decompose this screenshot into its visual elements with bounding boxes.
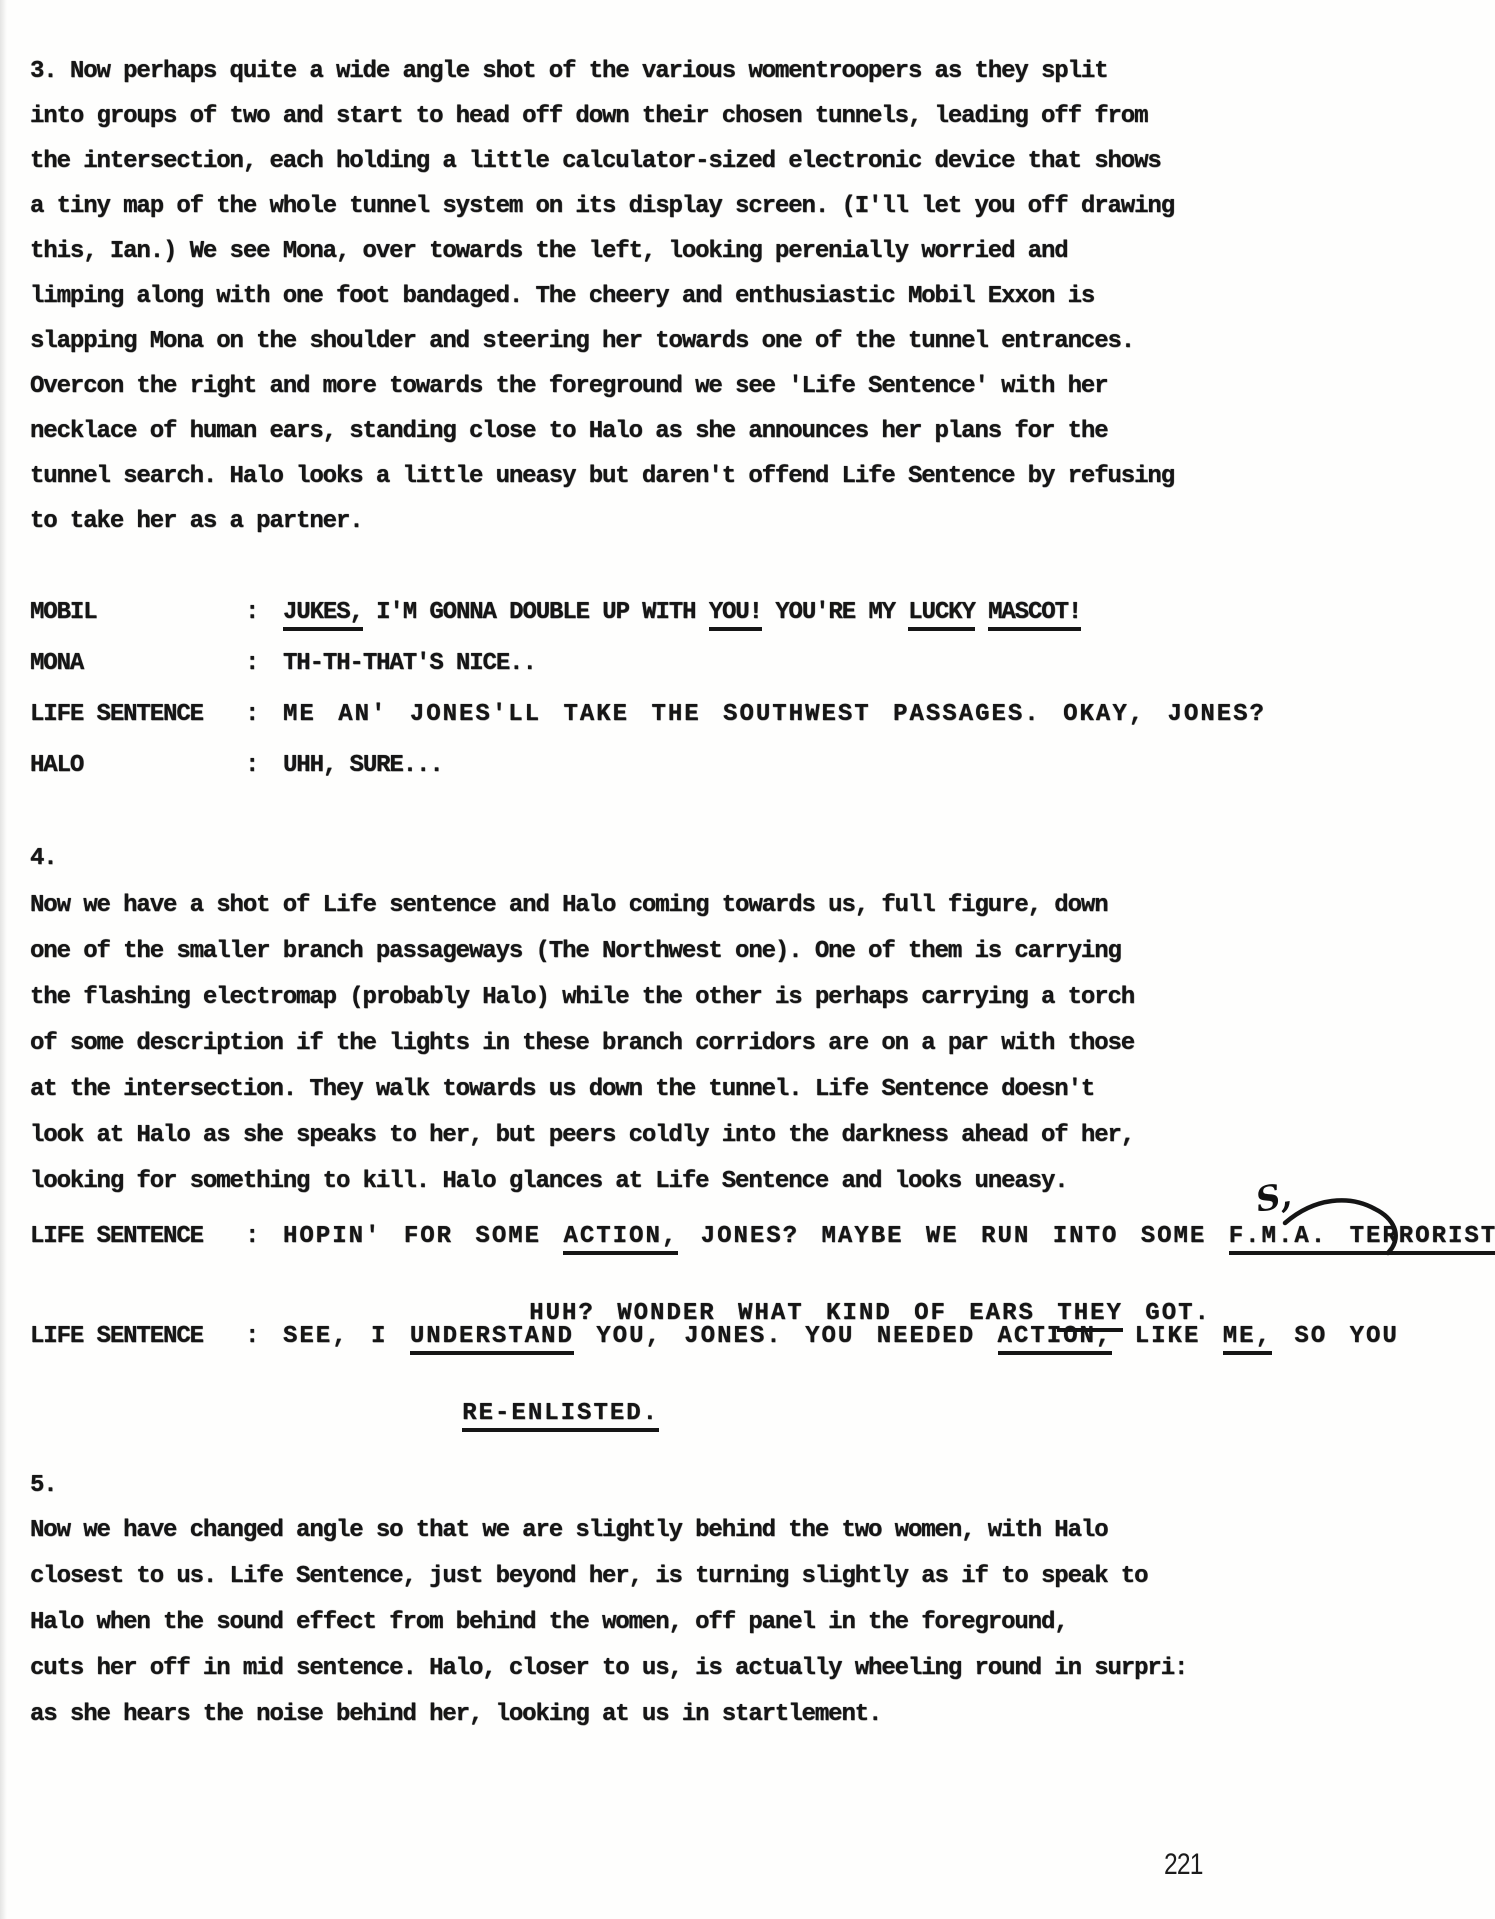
underlined-phrase: RE-ENLISTED. xyxy=(462,1400,659,1432)
section-5-paragraph: Now we have changed angle so that we are… xyxy=(30,1517,1477,1747)
handwritten-swoosh-stroke xyxy=(1280,1195,1420,1257)
underlined-phrase: MASCOT! xyxy=(988,599,1081,631)
dialogue-block-1: MOBIL:JUKES, I'M GONNA DOUBLE UP WITH YO… xyxy=(30,599,1477,803)
dialogue-text: ME AN' JONES'LL TAKE THE SOUTHWEST PASSA… xyxy=(283,701,1266,728)
paragraph-line: Now we have changed angle so that we are… xyxy=(30,1517,1477,1563)
paragraph-line: Now we have a shot of Life sentence and … xyxy=(30,892,1477,938)
dialogue-separator: : xyxy=(245,1323,283,1350)
paragraph-line: this, Ian.) We see Mona, over towards th… xyxy=(30,238,1477,283)
dialogue-continuation: HUH? WONDER WHAT KIND OF EARS THEY GOT. xyxy=(350,1273,1477,1323)
underlined-phrase: ACTION, xyxy=(998,1323,1113,1355)
underlined-phrase: JUKES, xyxy=(283,599,363,631)
paragraph-line: one of the smaller branch passageways (T… xyxy=(30,938,1477,984)
paragraph-line: the flashing electromap (probably Halo) … xyxy=(30,984,1477,1030)
dialogue-text: UHH, SURE... xyxy=(283,752,443,779)
paragraph-line: slapping Mona on the shoulder and steeri… xyxy=(30,328,1477,373)
typed-content: 3. Now perhaps quite a wide angle shot o… xyxy=(30,58,1477,1747)
dialogue-row: LIFE SENTENCE:HOPIN' FOR SOME ACTION, JO… xyxy=(30,1223,1477,1273)
dialogue-row: LIFE SENTENCE:ME AN' JONES'LL TAKE THE S… xyxy=(30,701,1477,752)
dialogue-separator: : xyxy=(245,701,283,728)
paragraph-line: at the intersection. They walk towards u… xyxy=(30,1076,1477,1122)
paragraph-line: tunnel search. Halo looks a little uneas… xyxy=(30,463,1477,508)
dialogue-row: MONA:TH-TH-THAT'S NICE.. xyxy=(30,650,1477,701)
paragraph-line: closest to us. Life Sentence, just beyon… xyxy=(30,1563,1477,1609)
section-number-4: 4. xyxy=(30,845,1477,890)
dialogue-separator: : xyxy=(245,1223,283,1250)
dialogue-text: JUKES, I'M GONNA DOUBLE UP WITH YOU! YOU… xyxy=(283,599,1081,626)
underlined-phrase: UNDERSTAND xyxy=(410,1323,574,1355)
paragraph-line: Halo when the sound effect from behind t… xyxy=(30,1609,1477,1655)
section-3-paragraph: 3. Now perhaps quite a wide angle shot o… xyxy=(30,58,1477,553)
speaker-name: MOBIL xyxy=(30,599,245,626)
speaker-name: MONA xyxy=(30,650,245,677)
paragraph-line: limping along with one foot bandaged. Th… xyxy=(30,283,1477,328)
paragraph-line: to take her as a partner. xyxy=(30,508,1477,553)
paragraph-line: of some description if the lights in the… xyxy=(30,1030,1477,1076)
script-page-sheet: 3. Now perhaps quite a wide angle shot o… xyxy=(0,0,1495,1919)
paragraph-line: as she hears the noise behind her, looki… xyxy=(30,1701,1477,1747)
dialogue-separator: : xyxy=(245,599,283,626)
dialogue-row: LIFE SENTENCE:SEE, I UNDERSTAND YOU, JON… xyxy=(30,1323,1477,1373)
dialogue-text: SEE, I UNDERSTAND YOU, JONES. YOU NEEDED… xyxy=(283,1323,1399,1350)
section-number-5: 5. xyxy=(30,1472,1477,1517)
underlined-phrase: ME, xyxy=(1223,1323,1272,1355)
paragraph-line: into groups of two and start to head off… xyxy=(30,103,1477,148)
speaker-name: LIFE SENTENCE xyxy=(30,1323,245,1350)
underlined-phrase: LUCKY xyxy=(908,599,975,631)
paragraph-line: the intersection, each holding a little … xyxy=(30,148,1477,193)
dialogue-separator: : xyxy=(245,650,283,677)
paragraph-line: necklace of human ears, standing close t… xyxy=(30,418,1477,463)
dialogue-block-2: LIFE SENTENCE:HOPIN' FOR SOME ACTION, JO… xyxy=(30,1223,1477,1423)
dialogue-row: HALO:UHH, SURE... xyxy=(30,752,1477,803)
speaker-name: HALO xyxy=(30,752,245,779)
paragraph-line: cuts her off in mid sentence. Halo, clos… xyxy=(30,1655,1477,1701)
paragraph-line: 3. Now perhaps quite a wide angle shot o… xyxy=(30,58,1477,103)
paragraph-line: look at Halo as she speaks to her, but p… xyxy=(30,1122,1477,1168)
page-number: 221 xyxy=(1164,1848,1203,1882)
dialogue-continuation: RE-ENLISTED. xyxy=(283,1373,1477,1423)
underlined-phrase: YOU! xyxy=(709,599,762,631)
section-4-paragraph: Now we have a shot of Life sentence and … xyxy=(30,892,1477,1214)
dialogue-row: MOBIL:JUKES, I'M GONNA DOUBLE UP WITH YO… xyxy=(30,599,1477,650)
paragraph-line: Overcon the right and more towards the f… xyxy=(30,373,1477,418)
dialogue-separator: : xyxy=(245,752,283,779)
paragraph-line: a tiny map of the whole tunnel system on… xyxy=(30,193,1477,238)
underlined-phrase: ACTION, xyxy=(563,1223,678,1255)
dialogue-text: TH-TH-THAT'S NICE.. xyxy=(283,650,536,677)
speaker-name: LIFE SENTENCE xyxy=(30,701,245,728)
speaker-name: LIFE SENTENCE xyxy=(30,1223,245,1250)
